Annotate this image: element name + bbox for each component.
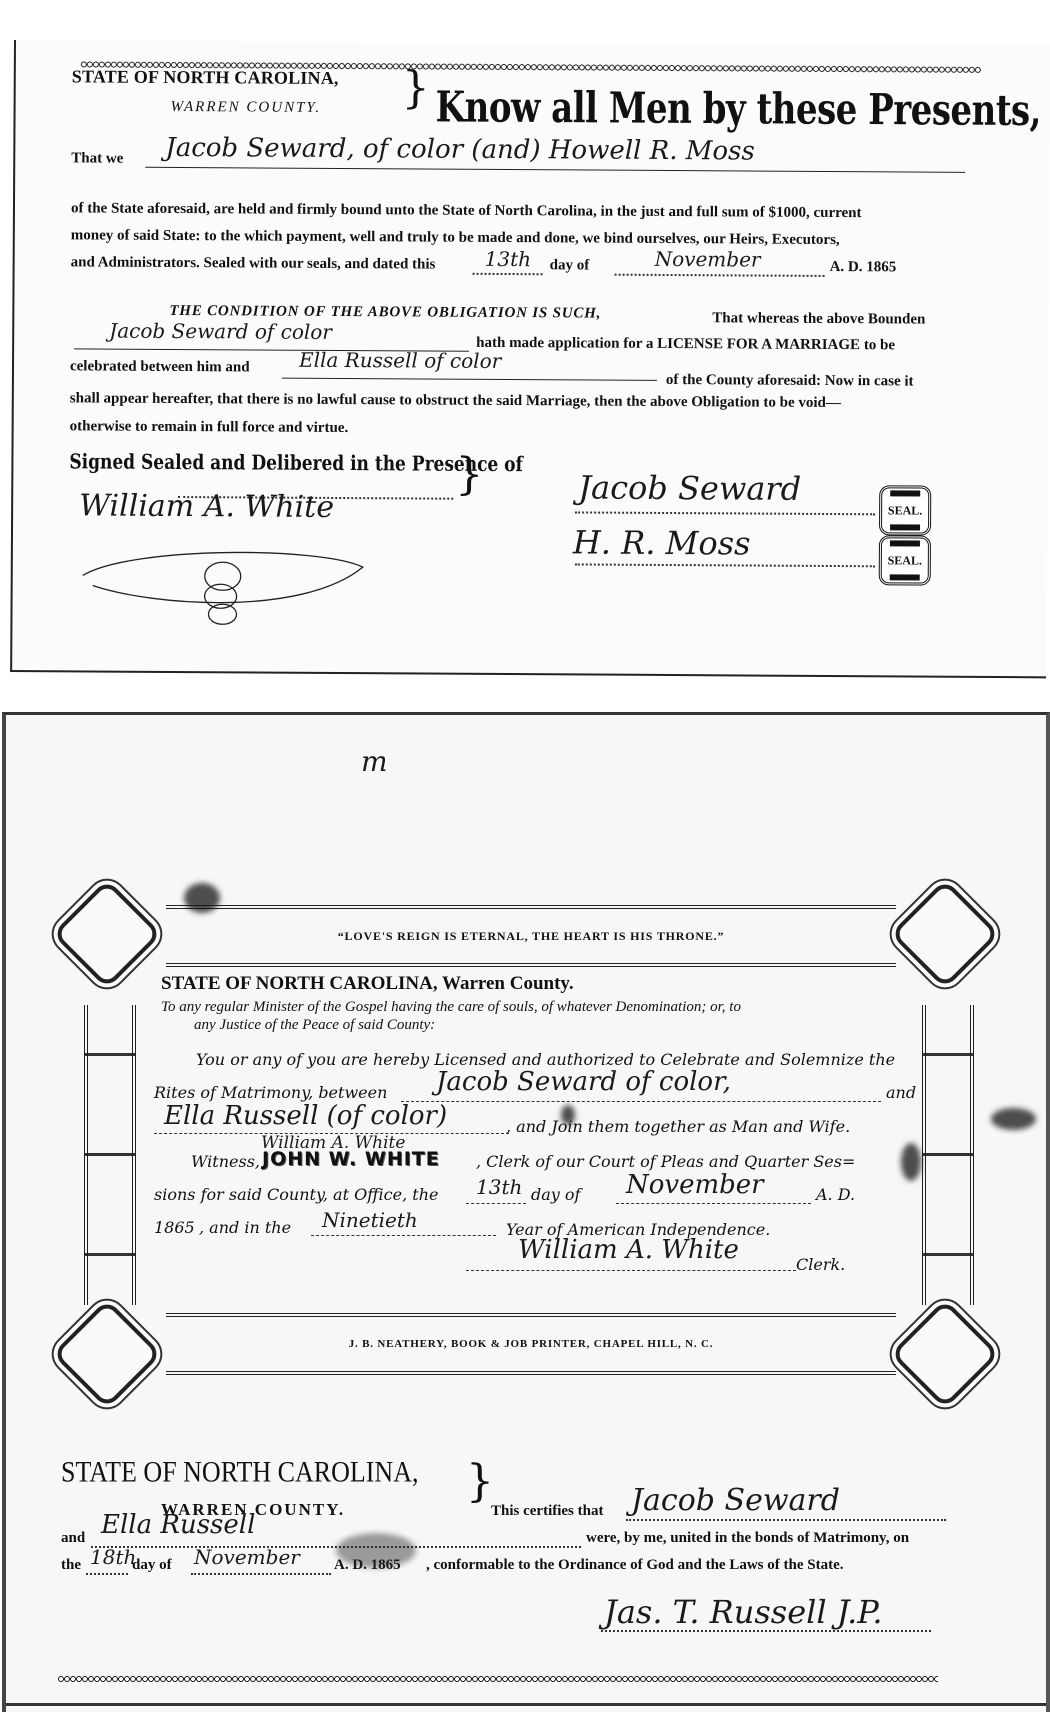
ad-label: A. D. <box>816 1185 855 1204</box>
bride-line <box>282 378 657 381</box>
bond-month-handwritten: November <box>655 247 761 272</box>
certificate-bride-handwritten: Ella Russell <box>101 1510 255 1540</box>
lawful-line: shall appear hereafter, that there is no… <box>70 390 841 412</box>
bond-bride-handwritten: Ella Russell of color <box>299 348 501 373</box>
bond-county-heading: WARREN COUNTY. <box>171 99 322 117</box>
force-line: otherwise to remain in full force and vi… <box>70 418 349 437</box>
county-aforesaid-text: of the County aforesaid: Now in case it <box>666 372 914 391</box>
signature-flourish-icon <box>72 535 373 637</box>
obligors-handwritten: Jacob Seward, of color (and) Howell R. M… <box>165 133 755 167</box>
sessions-label: sions for said County, at Office, the <box>154 1185 438 1204</box>
applicant-handwritten: Jacob Seward of color <box>109 319 332 344</box>
clerk-signature: William A. White <box>518 1235 739 1265</box>
application-text: hath made application for a LICENSE FOR … <box>476 335 895 355</box>
clerk-text: , Clerk of our Court of Pleas and Quarte… <box>476 1152 855 1171</box>
bond-day-handwritten: 13th <box>485 247 532 271</box>
printer-text: J. B. NEATHERY, BOOK & JOB PRINTER, CHAP… <box>349 1338 714 1350</box>
bond-witness-signature: William A. White <box>79 488 334 525</box>
certifies-label: This certifies that <box>491 1503 603 1520</box>
bond-ad-year: A. D. 1865 <box>830 259 897 276</box>
left-border-ornament <box>84 1005 136 1305</box>
corner-ornament-bottom-right <box>890 1299 1000 1409</box>
day-of-label: day of <box>531 1185 580 1204</box>
bond-line-1: of the State aforesaid, are held and fir… <box>71 200 862 222</box>
independence-year-blank <box>311 1235 496 1236</box>
address-line-1: To any regular Minister of the Gospel ha… <box>161 999 741 1016</box>
and-label: and <box>61 1530 85 1547</box>
join-text: , and Join them together as Man and Wife… <box>506 1117 850 1136</box>
printer-banner: J. B. NEATHERY, BOOK & JOB PRINTER, CHAP… <box>166 1313 896 1375</box>
certificate-groom-handwritten: Jacob Seward <box>631 1483 840 1518</box>
united-text: were, by me, united in the bonds of Matr… <box>586 1530 909 1547</box>
officiant-signature: Jas. T. Russell J.P. <box>604 1593 883 1631</box>
license-day-handwritten: 13th <box>476 1175 522 1199</box>
day-of-label: day of <box>132 1557 172 1574</box>
day-blank <box>466 1203 526 1204</box>
motto-text: “LOVE'S REIGN IS ETERNAL, THE HEART IS H… <box>338 929 725 944</box>
seal-1: SEAL. <box>879 485 931 535</box>
day-blank <box>473 273 543 275</box>
sheet-bottom-edge <box>6 1703 1046 1706</box>
rites-label: Rites of Matrimony, between <box>154 1083 387 1102</box>
corner-ornament-top-right <box>890 879 1000 989</box>
decorative-wavy-border <box>58 1675 938 1683</box>
condition-rest: That whereas the above Bounden <box>712 310 925 328</box>
signature-2-line <box>575 563 875 567</box>
corner-ornament-top-left <box>52 879 162 989</box>
the-label: the <box>61 1557 81 1574</box>
month-blank <box>615 274 825 277</box>
and-label: and <box>886 1083 916 1102</box>
motto-banner: “LOVE'S REIGN IS ETERNAL, THE HEART IS H… <box>166 905 896 967</box>
clerk-name-stamp: JOHN W. WHITE <box>262 1148 440 1170</box>
celebrated-label: celebrated between him and <box>70 358 250 376</box>
groom-blank <box>626 1519 946 1521</box>
marriage-license-document: m “LOVE'S REIGN IS ETERNAL, THE HEART IS… <box>2 712 1050 1712</box>
signature-howell-moss: H. R. Moss <box>573 523 751 562</box>
corner-ornament-bottom-left <box>52 1299 162 1409</box>
conformable-text: , conformable to the Ordinance of God an… <box>426 1557 843 1574</box>
groom-blank <box>401 1101 881 1102</box>
bond-line-3: and Administrators. Sealed with our seal… <box>71 254 436 273</box>
brace-glyph: } <box>466 1460 494 1504</box>
certificate-state-heading: STATE OF NORTH CAROLINA, <box>61 1455 418 1490</box>
seal-label: SEAL. <box>888 553 922 568</box>
address-line-2: any Justice of the Peace of said County: <box>194 1017 435 1034</box>
seal-2: SEAL. <box>879 535 931 585</box>
license-heading: STATE OF NORTH CAROLINA, Warren County. <box>161 973 574 995</box>
day-of-label: day of <box>550 257 590 274</box>
license-bride-handwritten: Ella Russell (of color) <box>164 1101 447 1131</box>
bond-title: Know all Men by these Presents, <box>435 83 1041 137</box>
brace-glyph: } <box>455 453 483 497</box>
seal-label: SEAL. <box>888 503 922 518</box>
day-blank <box>86 1573 128 1575</box>
bond-state-heading: STATE OF NORTH CAROLINA, <box>72 66 339 89</box>
certificate-month-handwritten: November <box>194 1545 300 1569</box>
witness-label: Witness, <box>191 1152 260 1171</box>
in-the-label: , and in the <box>199 1218 291 1237</box>
margin-mark: m <box>361 745 388 778</box>
ink-stain <box>184 883 220 913</box>
ink-stain <box>336 1533 416 1568</box>
bond-line-2: money of said State: to the which paymen… <box>71 227 840 249</box>
independence-year-handwritten: Ninetieth <box>322 1208 418 1232</box>
marriage-bond-document: STATE OF NORTH CAROLINA, WARREN COUNTY. … <box>10 40 1050 678</box>
ink-stain <box>991 1108 1036 1130</box>
certificate-day-handwritten: 18th <box>90 1545 136 1569</box>
license-month-handwritten: November <box>626 1170 764 1200</box>
that-we-label: That we <box>71 150 123 167</box>
clerk-signature-line <box>466 1270 796 1271</box>
brace-glyph: } <box>402 66 430 110</box>
obligors-line <box>145 167 965 173</box>
month-blank <box>191 1573 331 1575</box>
year-text: 1865 <box>154 1218 195 1237</box>
signature-1-line <box>575 511 875 515</box>
signature-jacob-seward: Jacob Seward <box>578 468 801 507</box>
ink-stain <box>561 1105 575 1125</box>
right-border-ornament <box>922 1005 974 1305</box>
ink-stain <box>901 1143 921 1181</box>
month-blank <box>616 1203 811 1204</box>
clerk-title: Clerk. <box>796 1255 845 1274</box>
license-groom-handwritten: Jacob Seward of color, <box>436 1067 731 1097</box>
